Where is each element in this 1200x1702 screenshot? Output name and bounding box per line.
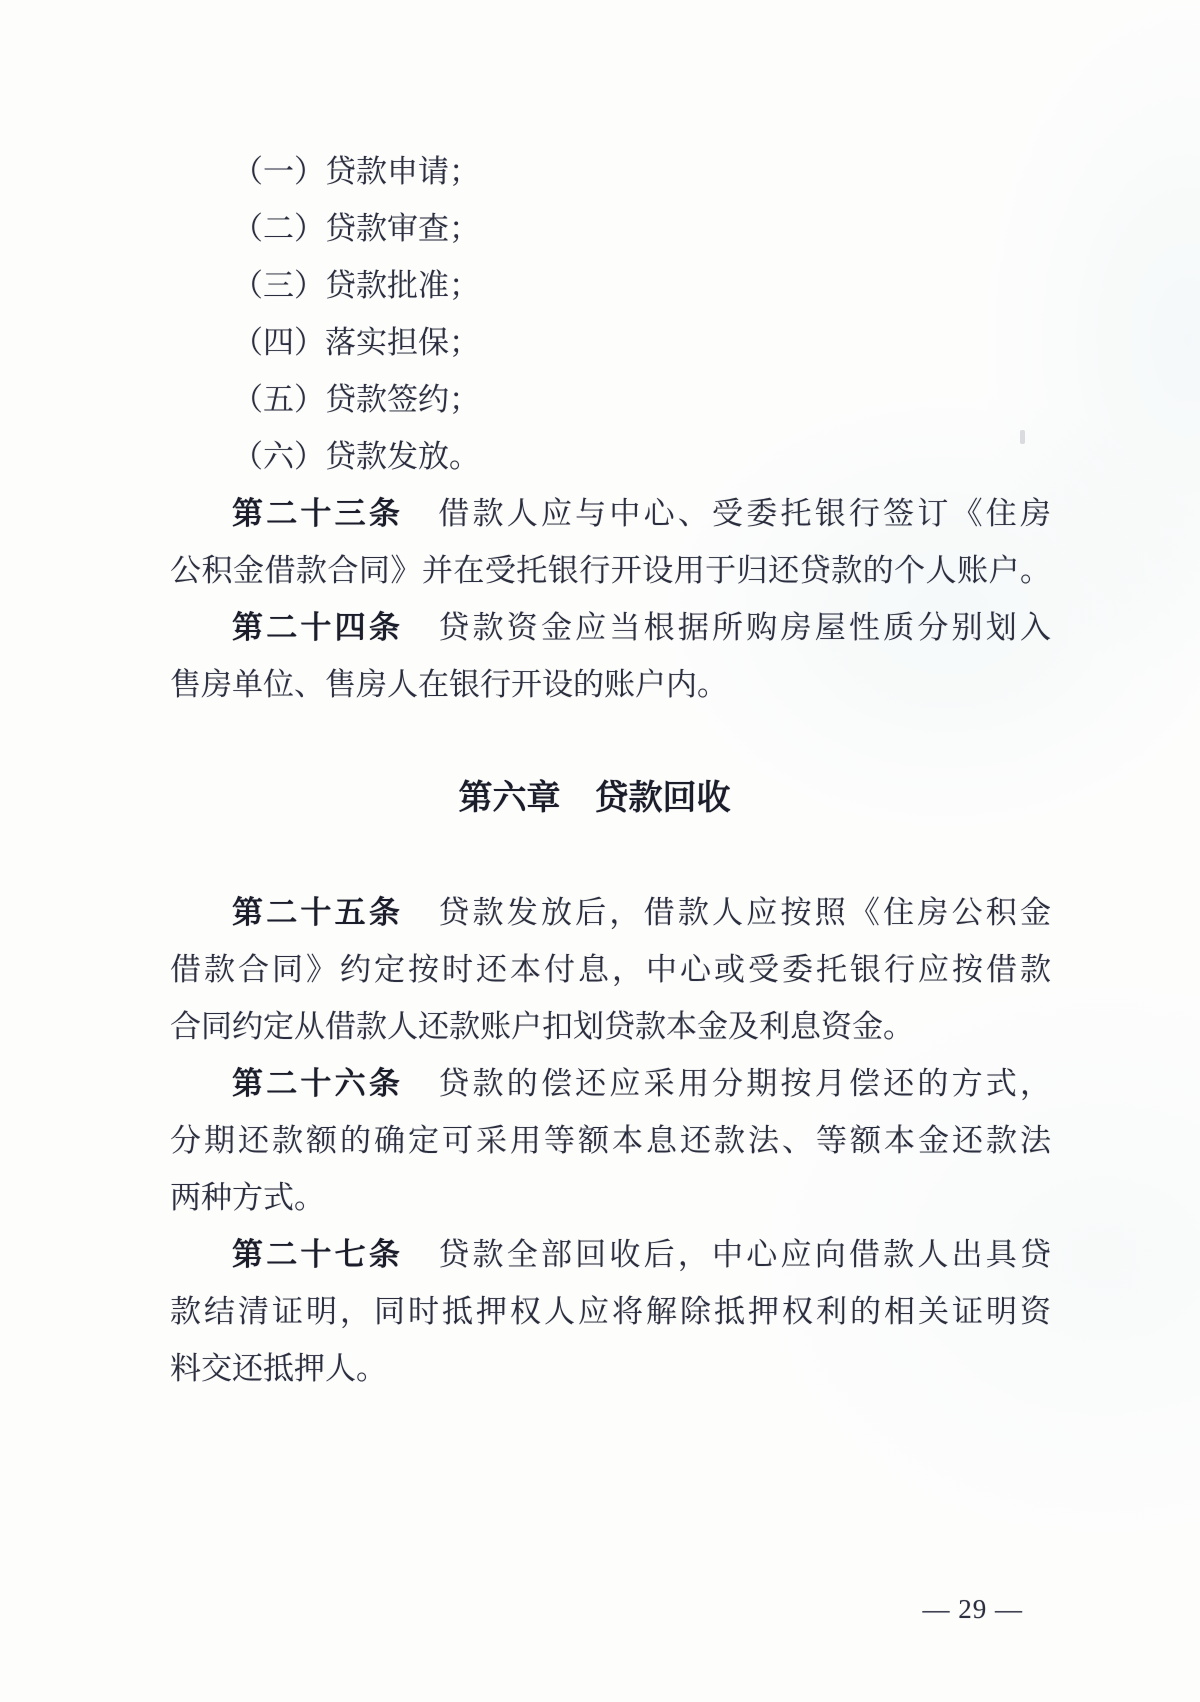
article-paragraph: 第二十七条贷款全部回收后，中心应向借款人出具贷 款结清证明，同时抵押权人应将解除… [170,1226,1051,1397]
article-text-line: 料交还抵押人。 [170,1340,1051,1397]
article-text: 贷款的偿还应采用分期按月偿还的方式， [435,1066,1051,1101]
article-paragraph: 第二十六条贷款的偿还应采用分期按月偿还的方式， 分期还款额的确定可采用等额本息还… [170,1055,1051,1226]
article-first-line: 第二十六条贷款的偿还应采用分期按月偿还的方式， [170,1055,1051,1112]
list-item: （四）落实担保； [170,314,1051,371]
list-item: （二）贷款审查； [170,200,1051,257]
article-number: 第二十四条 [232,610,403,645]
scan-artifact-speck [1020,430,1025,444]
list-item: （五）贷款签约； [170,371,1051,428]
article-number: 第二十七条 [232,1237,403,1272]
article-text-line: 两种方式。 [170,1169,1051,1226]
article-text: 贷款发放后，借款人应按照《住房公积金 [435,895,1051,930]
article-paragraph: 第二十五条贷款发放后，借款人应按照《住房公积金 借款合同》约定按时还本付息，中心… [170,884,1051,1055]
page-number: — 29 — [923,1594,1024,1625]
article-first-line: 第二十三条借款人应与中心、受委托银行签订《住房 [170,485,1051,542]
article-first-line: 第二十七条贷款全部回收后，中心应向借款人出具贷 [170,1226,1051,1283]
list-item: （一）贷款申请； [170,143,1051,200]
list-item: （六）贷款发放。 [170,428,1051,485]
article-text-line: 公积金借款合同》并在受托银行开设用于归还贷款的个人账户。 [170,542,1051,599]
list-item: （三）贷款批准； [170,257,1051,314]
scanned-document-page: { "doc": { "list_items": [ "（一）贷款申请；", "… [0,0,1200,1702]
article-number: 第二十三条 [232,496,403,531]
article-paragraph: 第二十三条借款人应与中心、受委托银行签订《住房 公积金借款合同》并在受托银行开设… [170,485,1051,599]
article-text-line: 借款合同》约定按时还本付息，中心或受委托银行应按借款 [170,941,1051,998]
article-text: 贷款全部回收后，中心应向借款人出具贷 [435,1237,1051,1272]
article-first-line: 第二十五条贷款发放后，借款人应按照《住房公积金 [170,884,1051,941]
article-number: 第二十五条 [232,895,403,930]
article-text-line: 合同约定从借款人还款账户扣划贷款本金及利息资金。 [170,998,1051,1055]
article-text: 借款人应与中心、受委托银行签订《住房 [435,496,1051,531]
chapter-heading: 第六章贷款回收 [170,770,1051,827]
document-body: （一）贷款申请； （二）贷款审查； （三）贷款批准； （四）落实担保； （五）贷… [170,143,1051,1397]
article-text-line: 分期还款额的确定可采用等额本息还款法、等额本金还款法 [170,1112,1051,1169]
article-text: 贷款资金应当根据所购房屋性质分别划入 [435,610,1051,645]
article-text-line: 售房单位、售房人在银行开设的账户内。 [170,656,1051,713]
chapter-number: 第六章 [459,779,561,817]
article-paragraph: 第二十四条贷款资金应当根据所购房屋性质分别划入 售房单位、售房人在银行开设的账户… [170,599,1051,713]
chapter-title: 贷款回收 [595,779,731,817]
article-text-line: 款结清证明，同时抵押权人应将解除抵押权利的相关证明资 [170,1283,1051,1340]
article-number: 第二十六条 [232,1066,403,1101]
article-first-line: 第二十四条贷款资金应当根据所购房屋性质分别划入 [170,599,1051,656]
